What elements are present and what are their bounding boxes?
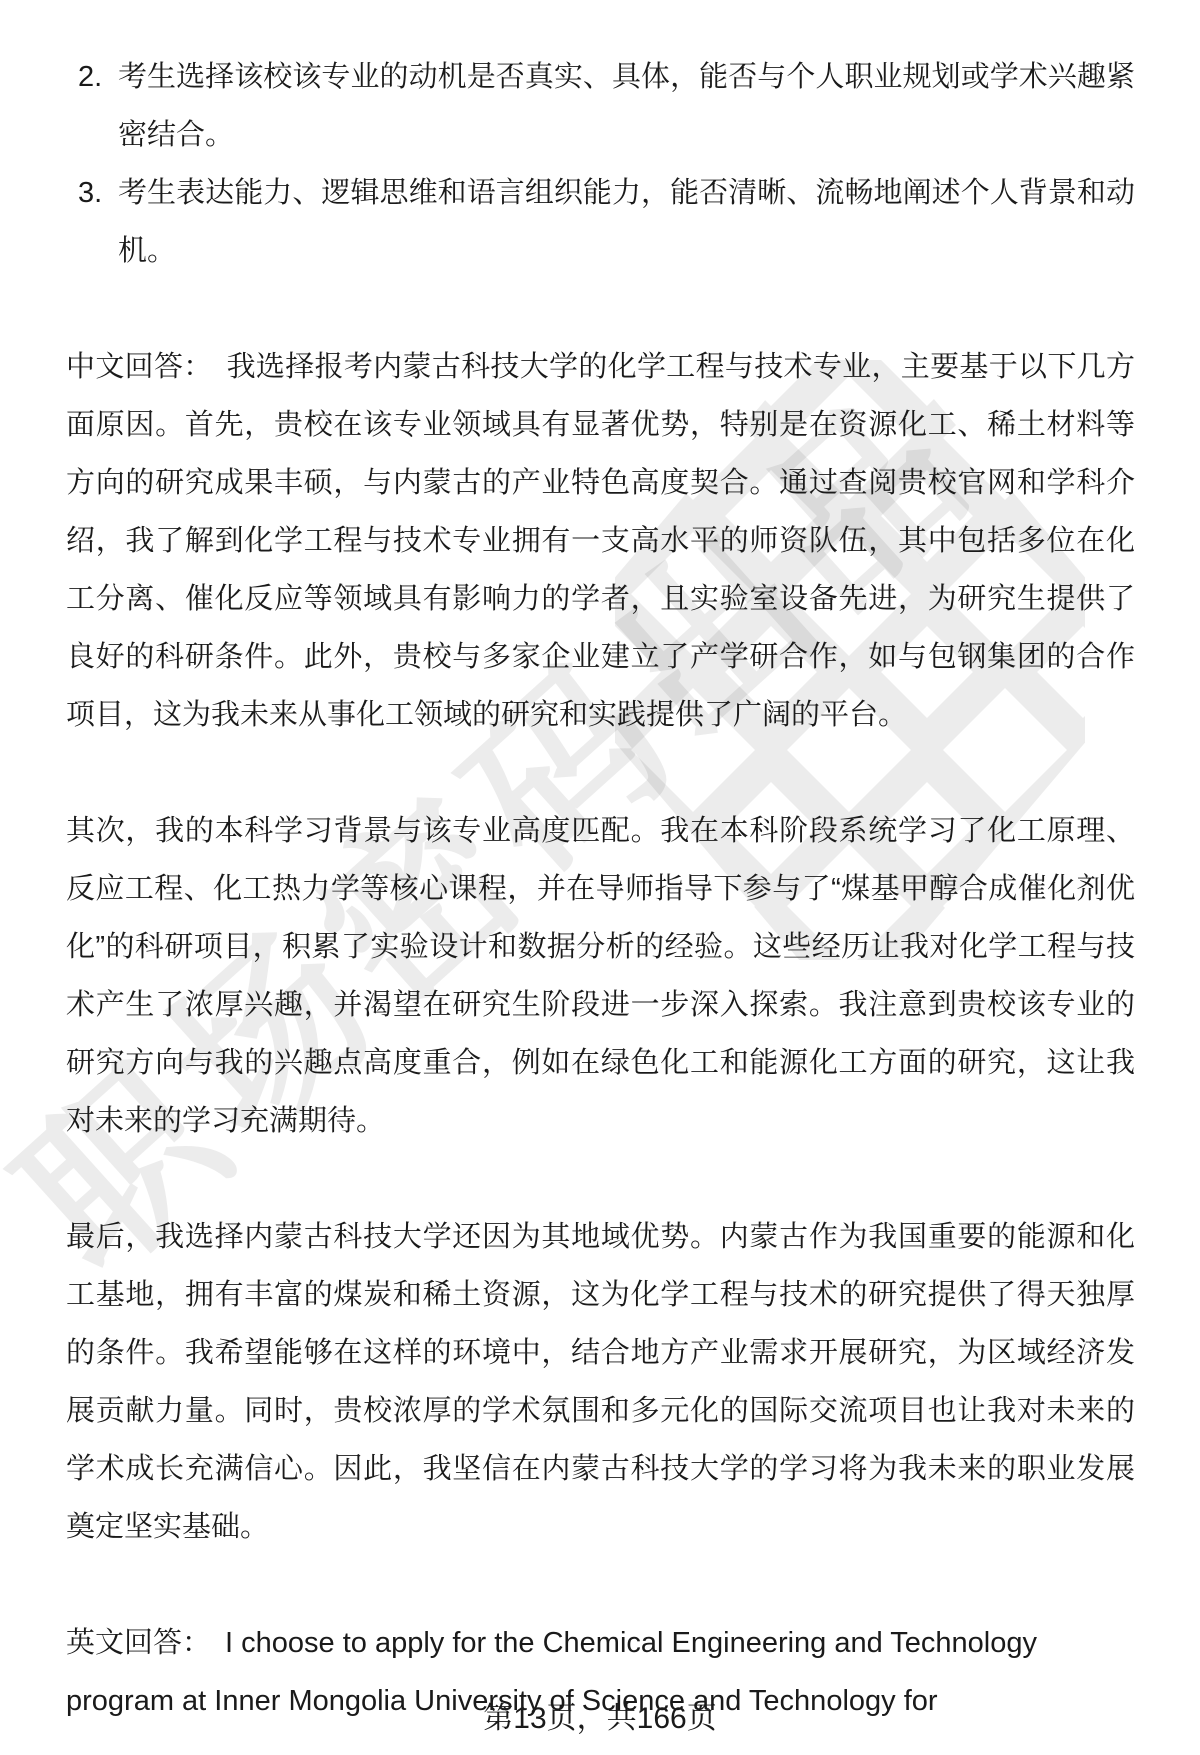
evaluation-criteria-list: 2. 考生选择该校该专业的动机是否真实、具体，能否与个人职业规划或学术兴趣紧密结… [66, 48, 1135, 280]
list-item-text: 考生表达能力、逻辑思维和语言组织能力，能否清晰、流畅地阐述个人背景和动机。 [118, 164, 1135, 280]
document-page: 职场密码出品 2. 考生选择该校该专业的动机是否真实、具体，能否与个人职业规划或… [0, 0, 1200, 1755]
document-content: 2. 考生选择该校该专业的动机是否真实、具体，能否与个人职业规划或学术兴趣紧密结… [0, 0, 1200, 1730]
paragraph: 最后，我选择内蒙古科技大学还因为其地域优势。内蒙古作为我国重要的能源和化工基地，… [66, 1208, 1135, 1556]
page-footer: 第13页，共166页 [0, 1693, 1200, 1737]
paragraph: 其次，我的本科学习背景与该专业高度匹配。我在本科阶段系统学习了化工原理、反应工程… [66, 802, 1135, 1150]
paragraph-label: 英文回答： [66, 1627, 211, 1659]
list-item: 2. 考生选择该校该专业的动机是否真实、具体，能否与个人职业规划或学术兴趣紧密结… [66, 48, 1135, 164]
paragraph-text: 其次，我的本科学习背景与该专业高度匹配。我在本科阶段系统学习了化工原理、反应工程… [66, 815, 1135, 1137]
paragraph-label: 中文回答： [66, 351, 213, 383]
paragraph-text: 我选择报考内蒙古科技大学的化学工程与技术专业，主要基于以下几方面原因。首先，贵校… [66, 351, 1135, 731]
list-item-number: 2. [66, 48, 118, 164]
list-item: 3. 考生表达能力、逻辑思维和语言组织能力，能否清晰、流畅地阐述个人背景和动机。 [66, 164, 1135, 280]
answer-paragraphs: 中文回答：我选择报考内蒙古科技大学的化学工程与技术专业，主要基于以下几方面原因。… [66, 338, 1135, 1730]
list-item-text: 考生选择该校该专业的动机是否真实、具体，能否与个人职业规划或学术兴趣紧密结合。 [118, 48, 1135, 164]
paragraph-text: 最后，我选择内蒙古科技大学还因为其地域优势。内蒙古作为我国重要的能源和化工基地，… [66, 1221, 1135, 1543]
page-indicator: 第13页，共166页 [483, 1702, 716, 1735]
list-item-number: 3. [66, 164, 118, 280]
paragraph: 中文回答：我选择报考内蒙古科技大学的化学工程与技术专业，主要基于以下几方面原因。… [66, 338, 1135, 744]
